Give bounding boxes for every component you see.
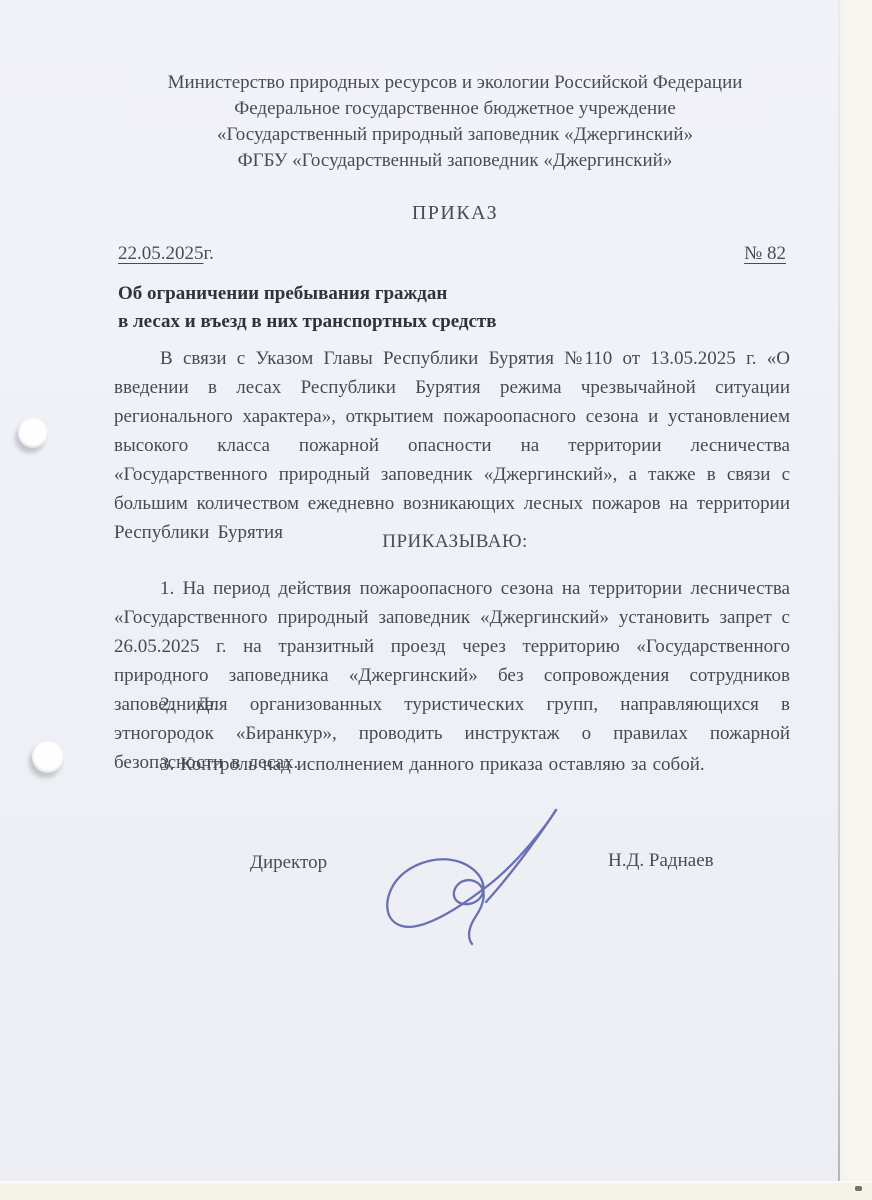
scan-edge-bottom [0,1181,872,1200]
subject-line: в лесах и въезд в них транспортных средс… [118,308,790,336]
subject-line: Об ограничении пребывания граждан [118,280,790,308]
order-item-3: 3. Контроль над исполнением данного прик… [114,750,790,779]
paper-edge-line [838,0,840,1200]
scan-artifact-speck [855,1186,862,1191]
letterhead-line: Министерство природных ресурсов и эколог… [100,70,810,96]
order-number: № 82 [744,243,786,265]
scan-edge-right [840,0,872,1200]
signature-ink [378,804,588,959]
scanned-page: Министерство природных ресурсов и эколог… [0,0,872,1200]
letterhead-line: ФГБУ «Государственный заповедник «Джерги… [100,148,810,174]
hole-punch-top [18,418,48,448]
date-number-row: 22.05.2025г. № 82 [118,243,790,271]
letterhead: Министерство природных ресурсов и эколог… [100,70,810,174]
intro-paragraph: В связи с Указом Главы Республики Буряти… [114,344,790,547]
letterhead-line: «Государственный природный заповедник «Д… [100,122,810,148]
document-title: ПРИКАЗ [100,202,810,225]
resolution-word: ПРИКАЗЫВАЮ: [100,531,810,553]
signature-name: Н.Д. Раднаев [608,850,714,872]
order-subject: Об ограничении пребывания граждан в леса… [118,280,790,336]
order-date: 22.05.2025г. [118,243,214,265]
letterhead-line: Федеральное государственное бюджетное уч… [100,96,810,122]
hole-punch-bottom [32,741,64,773]
signature-role: Директор [250,852,327,874]
